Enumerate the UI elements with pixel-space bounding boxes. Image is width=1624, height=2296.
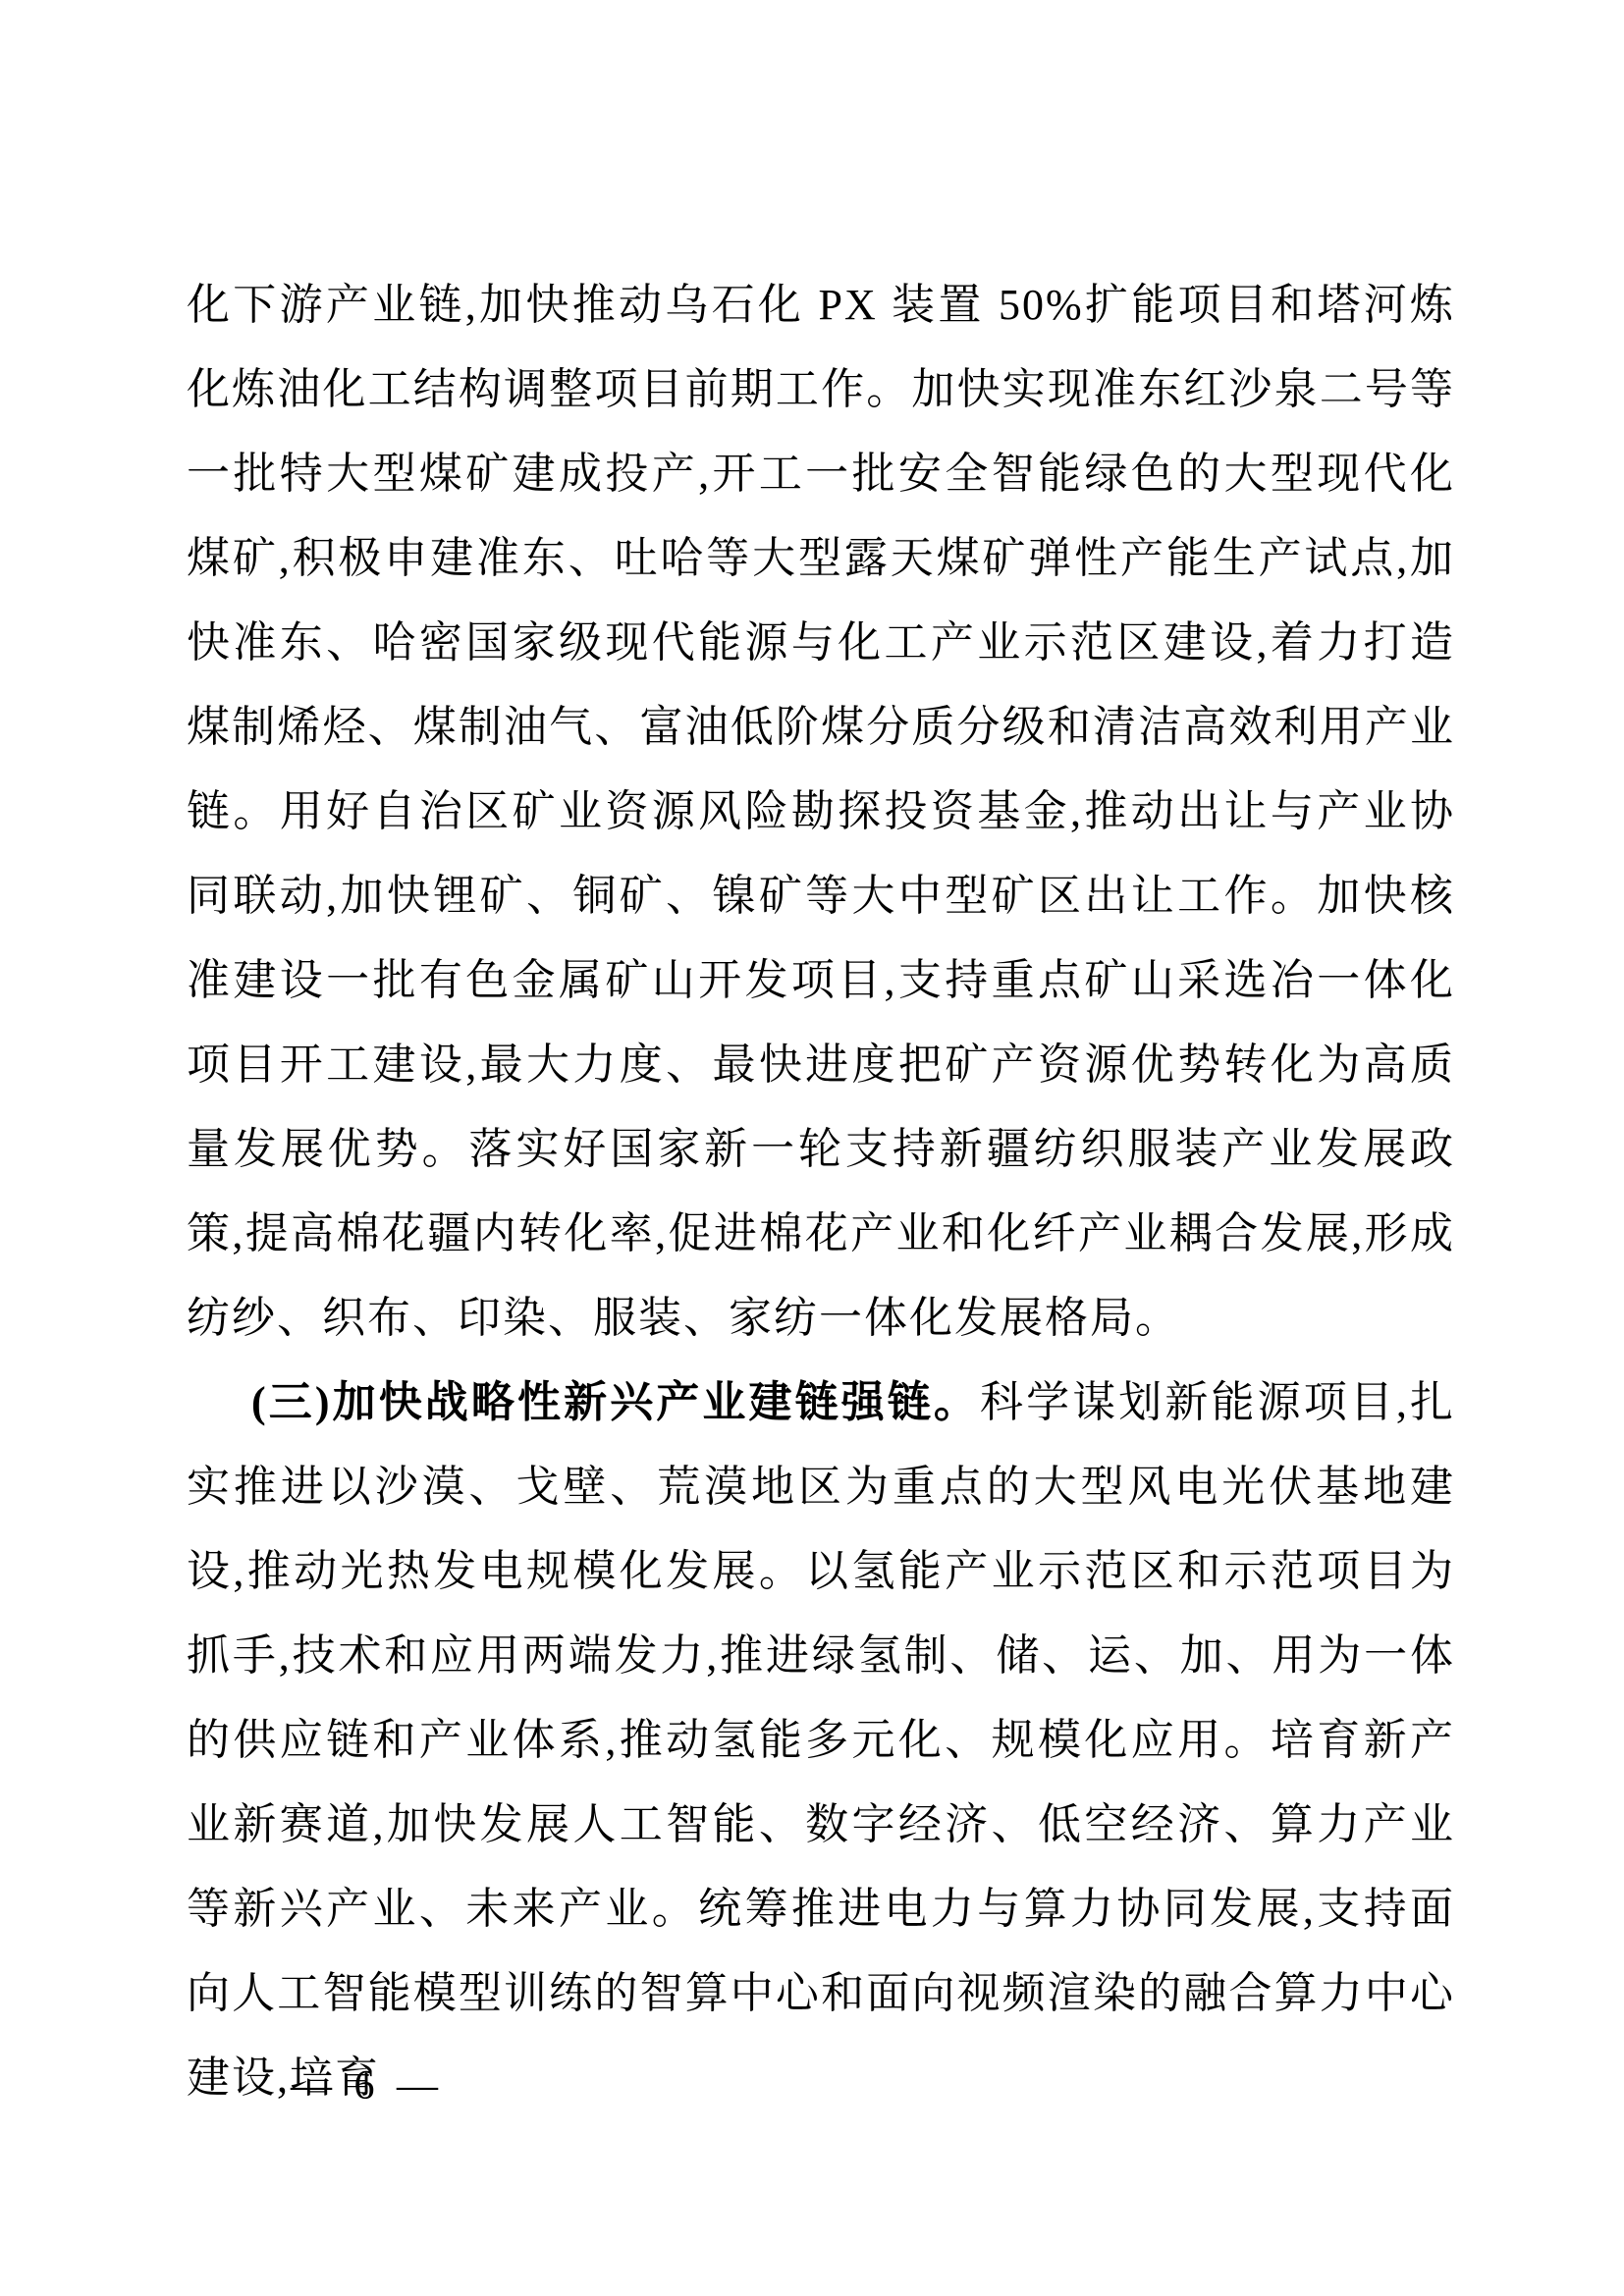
page-footer: — 6 — — [226, 2024, 444, 2148]
paragraph-section-3: (三)加快战略性新兴产业建链强链。科学谋划新能源项目,扎实推进以沙漠、戈壁、荒漠… — [187, 1361, 1455, 2120]
section-3-heading: (三)加快战略性新兴产业建链强链。 — [251, 1378, 980, 1426]
document-page: 化下游产业链,加快推动乌石化 PX 装置 50%扩能项目和塔河炼化炼油化工结构调… — [0, 0, 1624, 2296]
document-body: 化下游产业链,加快推动乌石化 PX 装置 50%扩能项目和塔河炼化炼油化工结构调… — [187, 263, 1455, 2120]
page-number: — 6 — — [291, 2063, 444, 2109]
section-3-body-text: 科学谋划新能源项目,扎实推进以沙漠、戈壁、荒漠地区为重点的大型风电光伏基地建设,… — [187, 1378, 1455, 2102]
paragraph-continued: 化下游产业链,加快推动乌石化 PX 装置 50%扩能项目和塔河炼化炼油化工结构调… — [187, 263, 1455, 1361]
